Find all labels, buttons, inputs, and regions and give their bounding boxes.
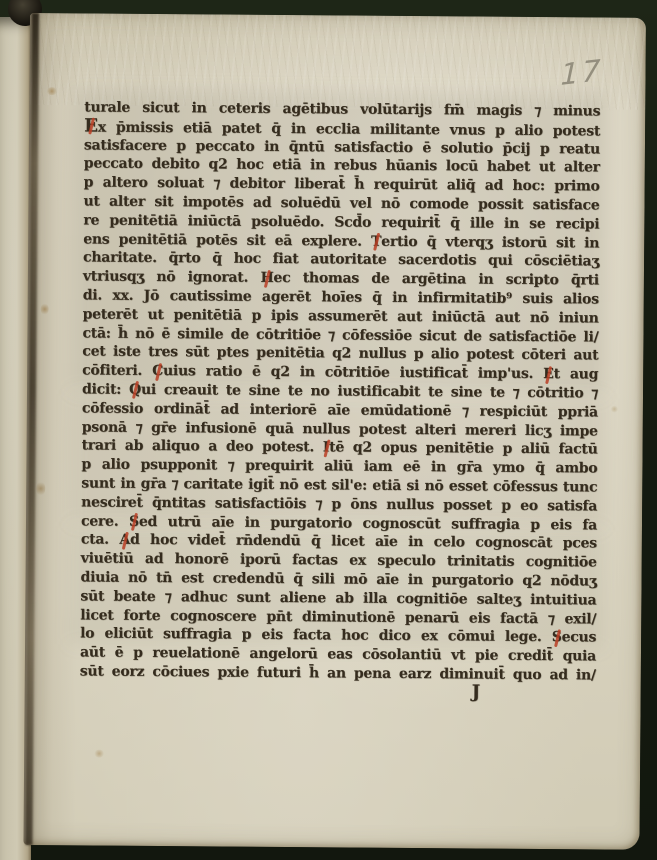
text-segment: ertio q̄ vterqʒ istorū sit in	[381, 233, 599, 251]
text-segment: peccato debito q2 hoc etiā in rebus hūan…	[84, 156, 600, 176]
text-segment: cta.	[81, 532, 120, 548]
rubricated-initial: C	[152, 362, 163, 381]
text-segment: ecus	[562, 630, 597, 646]
text-segment: uius ratio ē q2 in cōtritiōe iustificat̄…	[163, 363, 543, 382]
text-segment: d hoc videt̄ rn̄dendū q̄ licet aīe in ce…	[130, 532, 597, 552]
folio-number: 17	[560, 53, 603, 92]
rubricated-initial: S	[552, 628, 562, 647]
text-segment: cet iste tres sūt ptes penitētia q2 null…	[82, 344, 598, 364]
text-segment: di. xx. Jō cautissime agerēt hoīes q̄ in…	[83, 287, 599, 307]
text-segment: cōfiteri.	[82, 363, 152, 380]
text-segment: viuētiū ad honorē iporū factas ex specul…	[81, 551, 597, 571]
rubricated-initial: Q	[129, 381, 141, 400]
text-segment: sūt eorz cōciues pxie futuri h̄ an pena …	[80, 663, 596, 683]
signature-mark: J	[472, 681, 481, 702]
text-segment: lo eliciūt suffragia p eis facta hoc dic…	[80, 626, 552, 646]
text-segment: t aug	[554, 366, 599, 382]
text-segment: cōfessio ordināt̄ ad interiorē aīe emūda…	[82, 400, 598, 420]
text-segment: vtriusqʒ nō ignorat.	[83, 269, 261, 286]
text-segment: diuia nō tn̄ est credendū q̄ sili mō aīe…	[81, 569, 597, 589]
text-segment: re penitētiā iniūctā psoluēdo. Scd̄o req…	[83, 212, 599, 232]
stain	[36, 481, 45, 496]
rubricated-initial: A	[119, 531, 130, 550]
text-segment: aūt ē p reuelationē angelorū eas cōsolan…	[80, 645, 596, 665]
text-segment: p altero soluat ⁊ debitor liberat̄ h̄ re…	[84, 175, 600, 195]
text-segment: turale sicut in ceteris agētibus volūtar…	[84, 99, 600, 119]
text-segment: psonā ⁊ gr̄e infusionē quā nullus potest…	[82, 419, 598, 439]
stain	[41, 303, 49, 315]
book-page: 17 J turale sicut in ceteris agētibus vo…	[23, 13, 646, 850]
text-segment: ens penitētiā potēs sit eā explere.	[83, 231, 371, 249]
text-line: sūt eorz cōciues pxie futuri h̄ an pena …	[80, 662, 596, 685]
rubricated-initial: E	[543, 365, 554, 384]
rubricated-initial: I	[323, 439, 329, 458]
text-segment: sunt in gr̄a ⁊ caritate igit̄ nō est sil…	[81, 475, 597, 495]
rubricated-initial: S	[129, 512, 139, 531]
text-segment: cere.	[81, 513, 129, 529]
rubricated-initial: T	[371, 232, 381, 251]
rubricated-initial: H	[260, 269, 273, 288]
text-segment: p alio psupponit ⁊ prequirit aliū iam eē…	[81, 457, 597, 477]
text-segment: licet forte cognoscere pn̄t diminutionē …	[80, 607, 596, 627]
text-segment: sūt beate ⁊ adhuc sunt aliene ab illa co…	[80, 588, 596, 608]
scanner-background: 17 J turale sicut in ceteris agētibus vo…	[0, 0, 657, 860]
text-segment: dicit:	[82, 381, 129, 397]
text-segment: charitate. q̄rto q̄ hoc fiat autoritate …	[83, 250, 599, 270]
text-segment: ec thomas de argētina in scripto q̄rti	[273, 270, 599, 289]
text-segment: ui creauit te sine te no iustificabit te…	[141, 382, 598, 402]
rubricated-initial: E	[84, 117, 98, 135]
stain	[94, 750, 104, 758]
text-segment: satisfacere p peccato in q̄ntū satisfact…	[84, 137, 600, 157]
stain	[611, 406, 618, 413]
text-segment: peterēt ut penitētiā p ipis assumerēt au…	[83, 306, 599, 326]
text-segment: ctā: h̄ nō ē simile de cōtritiōe ⁊ cōfes…	[82, 325, 598, 345]
text-segment: trari ab aliquo a deo potest.	[82, 438, 323, 456]
text-segment: tē q2 opus penitētie p aliū factū	[329, 440, 598, 458]
stain	[46, 87, 57, 95]
text-segment: ut alter sit impotēs ad soluēdū vel nō c…	[83, 193, 599, 213]
text-segment: ed utrū aīe in purgatorio cognoscūt suff…	[139, 513, 597, 533]
text-block: J turale sicut in ceteris agētibus volūt…	[79, 98, 600, 722]
text-segment: nesciret̄ q̄ntitas satisfactiōis ⁊ p ōns…	[81, 494, 597, 514]
